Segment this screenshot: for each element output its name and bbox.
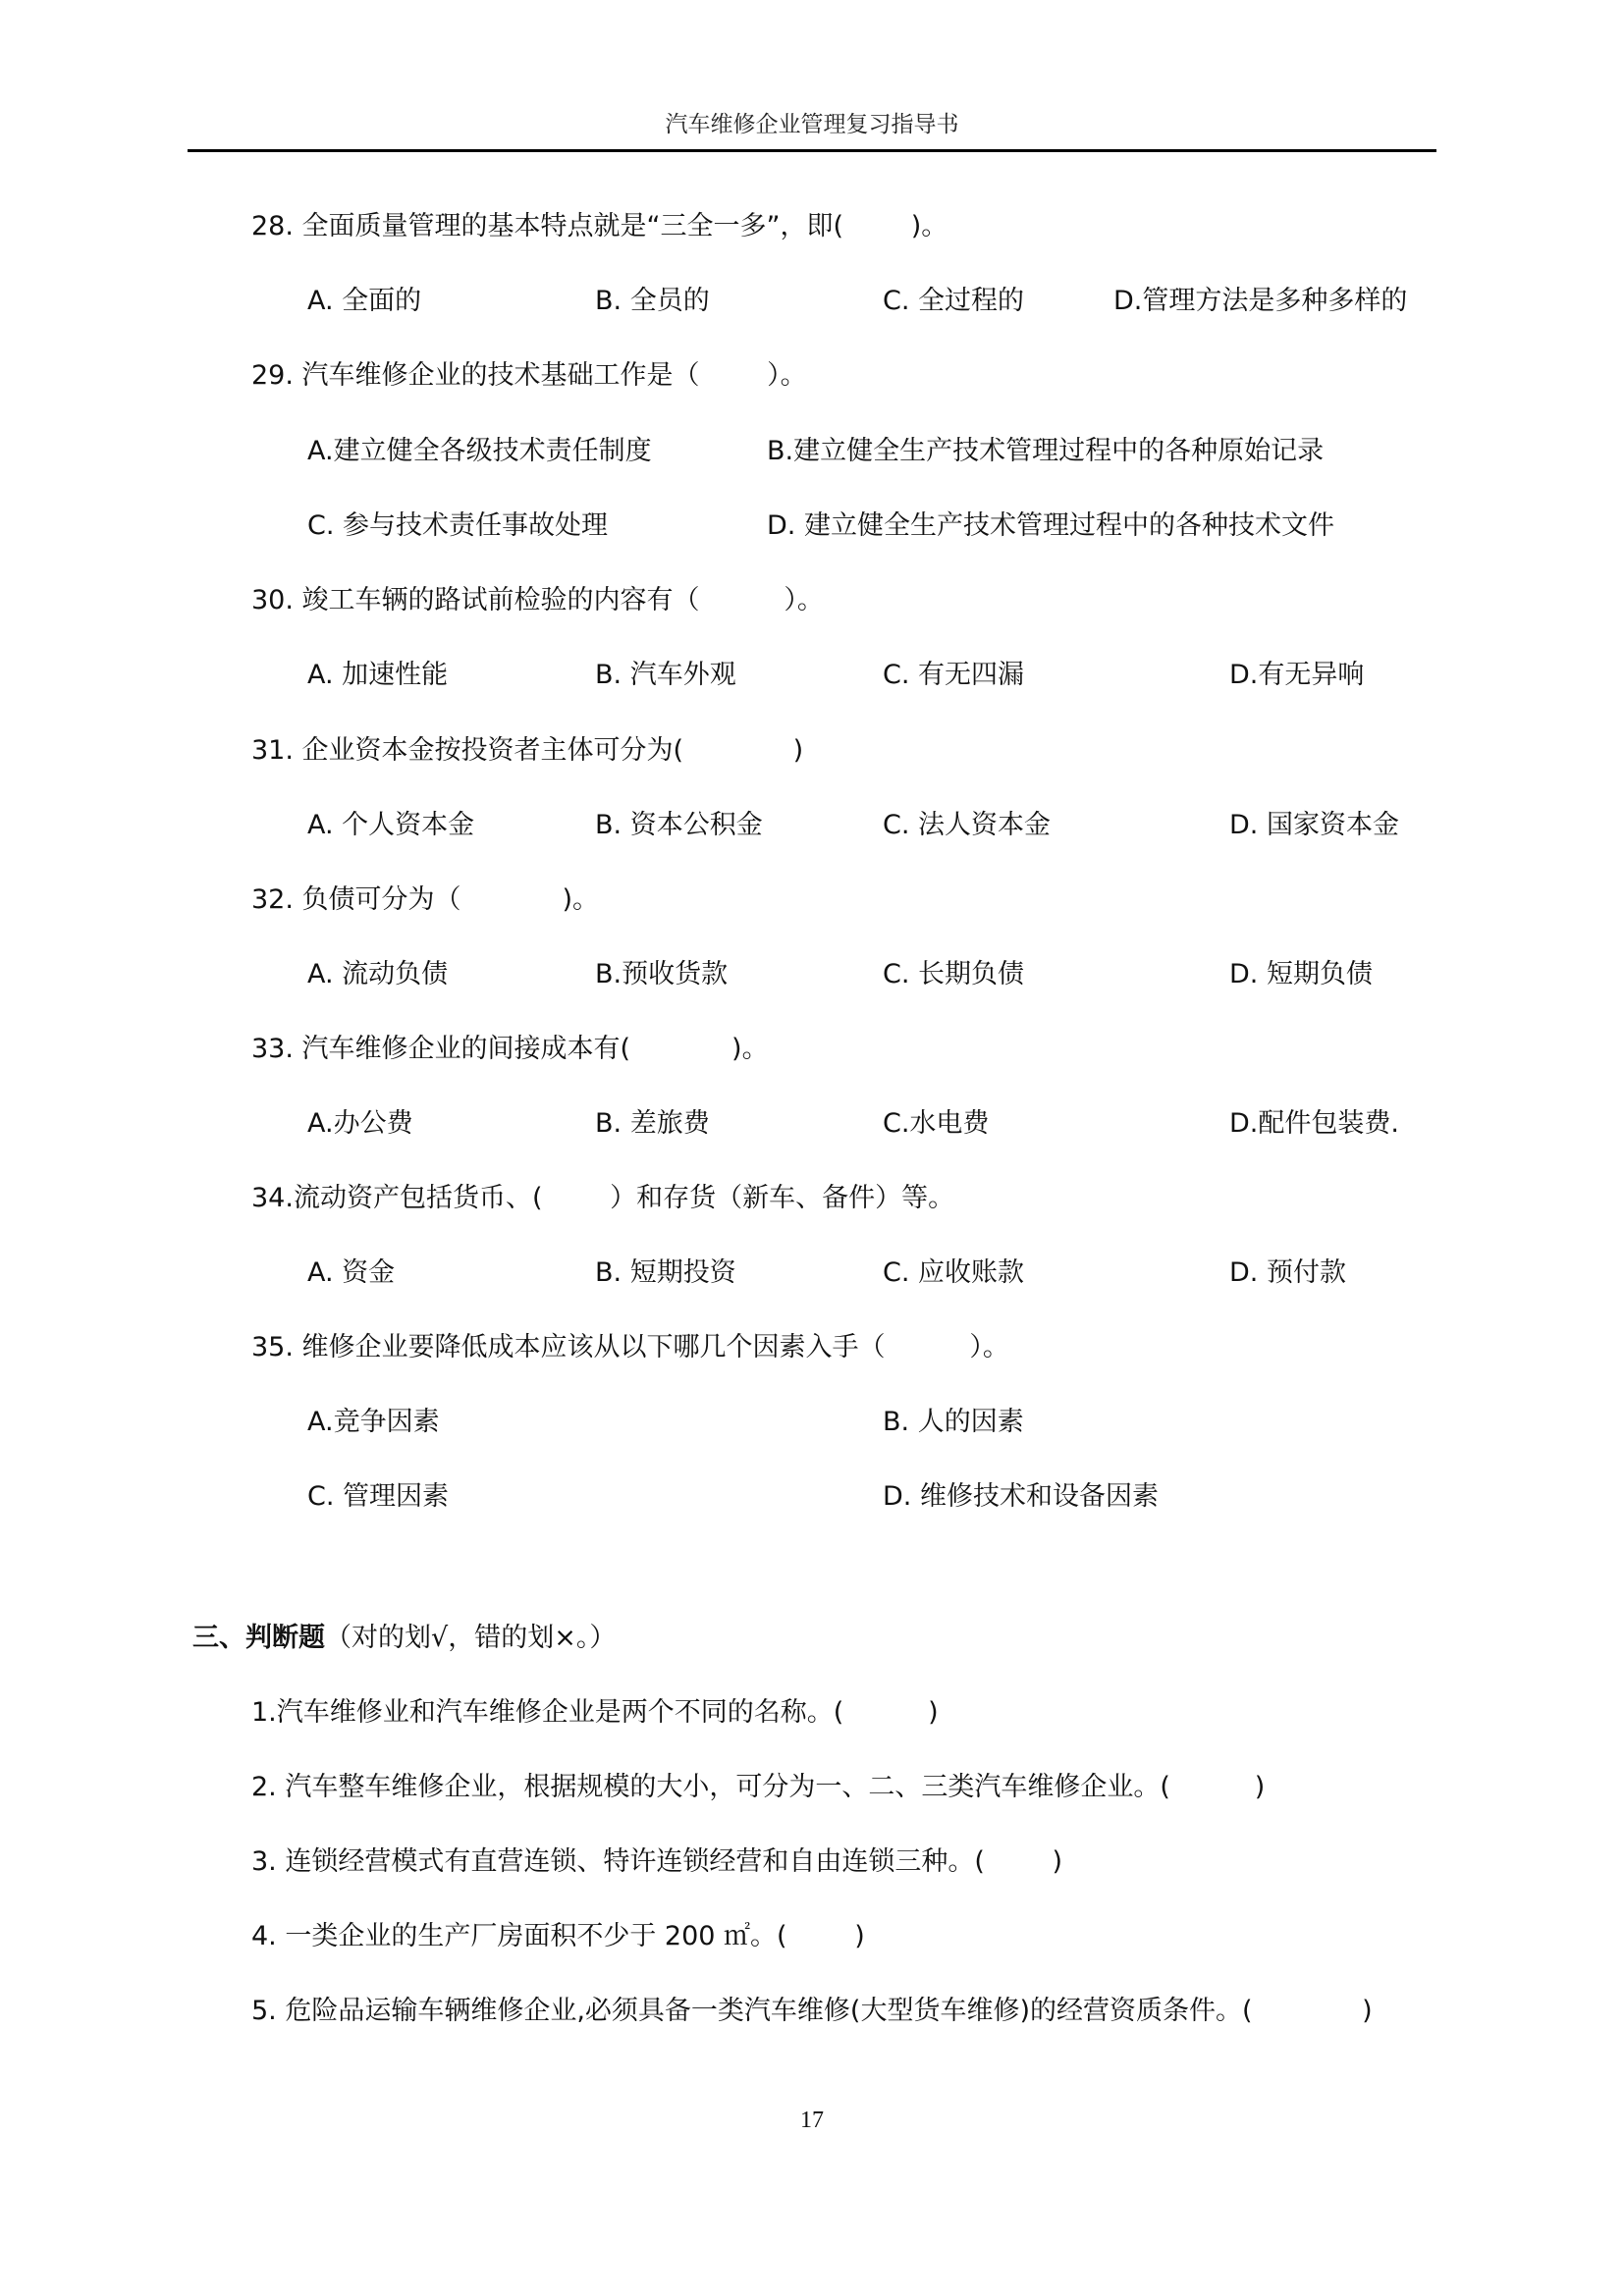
option-b: B.建立健全生产技术管理过程中的各种原始记录 — [767, 435, 1324, 468]
section-title: 三、判断题 — [192, 1623, 325, 1653]
option-a: A. 个人资本金 — [307, 809, 474, 842]
option-c: C. 管理因素 — [307, 1480, 449, 1514]
option-d: D. 国家资本金 — [1229, 809, 1399, 842]
judgment-item-2: 2. 汽车整车维修企业，根据规模的大小，可分为一、二、三类汽车维修企业。( ) — [251, 1771, 1265, 1804]
question-31: 31. 企业资本金按投资者主体可分为( ) — [251, 734, 803, 768]
option-d: D.配件包装费. — [1229, 1107, 1399, 1141]
option-a: A.竞争因素 — [307, 1406, 440, 1439]
section-heading: 三、判断题（对的划√，错的划×。） — [192, 1622, 616, 1655]
page-number: 17 — [0, 2108, 1624, 2134]
section-note: （对的划√，错的划×。） — [325, 1623, 616, 1653]
question-35: 35. 维修企业要降低成本应该从以下哪几个因素入手（ ）。 — [251, 1331, 1009, 1364]
option-c: C. 应收账款 — [883, 1256, 1024, 1290]
option-c: C. 参与技术责任事故处理 — [307, 509, 608, 543]
option-c: C. 长期负债 — [883, 958, 1024, 991]
judgment-item-1: 1.汽车维修业和汽车维修企业是两个不同的名称。( ) — [251, 1696, 939, 1730]
question-32: 32. 负债可分为（ )。 — [251, 883, 599, 917]
question-33: 33. 汽车维修企业的间接成本有( )。 — [251, 1033, 769, 1066]
option-a: A. 资金 — [307, 1256, 395, 1290]
option-c: C. 法人资本金 — [883, 809, 1051, 842]
option-a: A.建立健全各级技术责任制度 — [307, 435, 652, 468]
option-d: D.管理方法是多种多样的 — [1113, 285, 1407, 318]
option-a: A.办公费 — [307, 1107, 413, 1141]
option-d: D.有无异响 — [1229, 659, 1364, 692]
option-b: B. 短期投资 — [595, 1256, 736, 1290]
header-rule — [188, 149, 1436, 152]
question-29: 29. 汽车维修企业的技术基础工作是（ ）。 — [251, 359, 807, 393]
option-b: B.预收货款 — [595, 958, 728, 991]
judgment-item-4: 4. 一类企业的生产厂房面积不少于 200 ㎡。( ) — [251, 1920, 865, 1953]
judgment-item-5: 5. 危险品运输车辆维修企业,必须具备一类汽车维修(大型货车维修)的经营资质条件… — [251, 1995, 1373, 2028]
option-c: C. 有无四漏 — [883, 659, 1024, 692]
option-d: D. 维修技术和设备因素 — [883, 1480, 1159, 1514]
option-b: B. 资本公积金 — [595, 809, 763, 842]
question-28: 28. 全面质量管理的基本特点就是“三全一多”，即( )。 — [251, 210, 947, 243]
option-a: A. 全面的 — [307, 285, 421, 318]
question-34: 34.流动资产包括货币、( ）和存货（新车、备件）等。 — [251, 1182, 954, 1215]
option-d: D. 短期负债 — [1229, 958, 1373, 991]
option-b: B. 差旅费 — [595, 1107, 710, 1141]
option-a: A. 加速性能 — [307, 659, 448, 692]
option-c: C. 全过程的 — [883, 285, 1024, 318]
option-a: A. 流动负债 — [307, 958, 448, 991]
option-d: D. 预付款 — [1229, 1256, 1346, 1290]
option-c: C.水电费 — [883, 1107, 989, 1141]
option-b: B. 汽车外观 — [595, 659, 736, 692]
option-b: B. 人的因素 — [883, 1406, 1024, 1439]
judgment-item-3: 3. 连锁经营模式有直营连锁、特许连锁经营和自由连锁三种。( ) — [251, 1845, 1062, 1879]
option-d: D. 建立健全生产技术管理过程中的各种技术文件 — [767, 509, 1334, 543]
page-header-title: 汽车维修企业管理复习指导书 — [188, 110, 1436, 139]
option-b: B. 全员的 — [595, 285, 710, 318]
question-30: 30. 竣工车辆的路试前检验的内容有（ ）。 — [251, 584, 824, 617]
